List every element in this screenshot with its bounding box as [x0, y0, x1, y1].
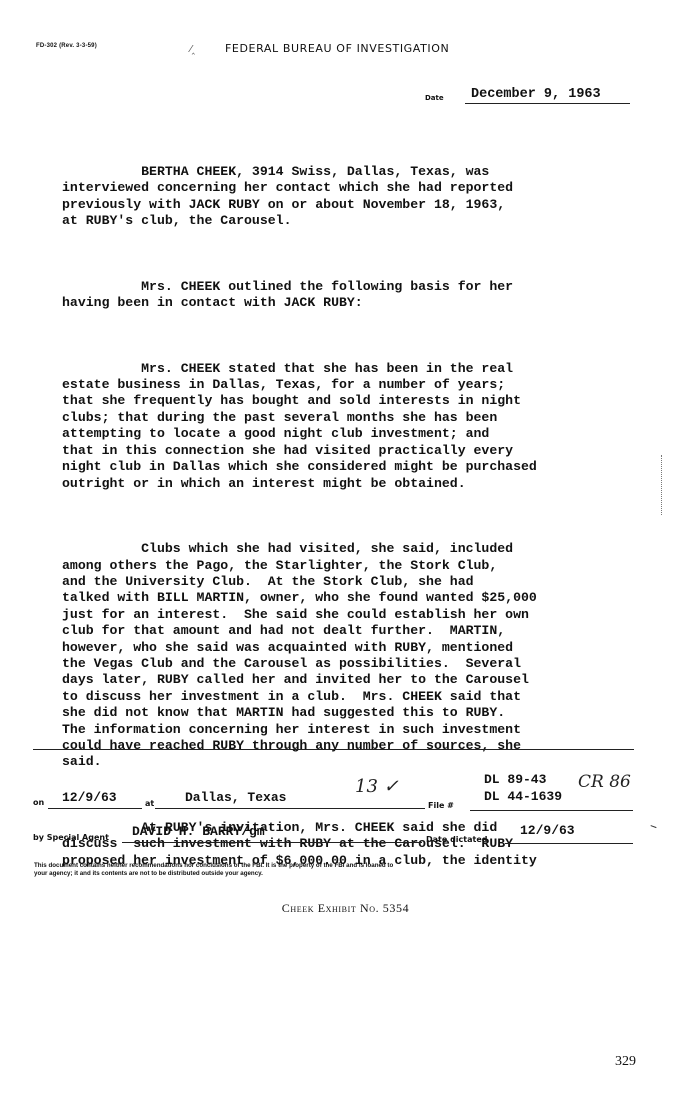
- dictated-value: 12/9/63: [520, 823, 575, 838]
- file-label: File #: [428, 801, 454, 810]
- on-label: on: [33, 798, 44, 807]
- dictated-label: Date dictated: [426, 835, 487, 844]
- dictated-underline: [505, 843, 633, 844]
- footer-divider: [33, 749, 634, 750]
- file-number-2: DL 44-1639: [484, 789, 562, 804]
- at-underline: [155, 808, 425, 809]
- agent-underline: [122, 842, 422, 843]
- on-value: 12/9/63: [62, 790, 117, 805]
- agent-label: by Special Agent: [33, 833, 109, 842]
- at-value: Dallas, Texas: [185, 790, 286, 805]
- page-number: 329: [615, 1054, 636, 1070]
- margin-marks: [661, 455, 664, 515]
- seal-mark-icon: ⁄‸: [190, 44, 195, 55]
- paragraph-basis: Mrs. CHEEK outlined the following basis …: [62, 279, 622, 312]
- paragraph-background: Mrs. CHEEK stated that she has been in t…: [62, 361, 622, 492]
- file-number-1: DL 89-43: [484, 772, 546, 787]
- paragraph-intro: BERTHA CHEEK, 3914 Swiss, Dallas, Texas,…: [62, 164, 622, 230]
- date-label: Date: [425, 94, 444, 102]
- at-label: at: [145, 799, 154, 808]
- form-code: FD-302 (Rev. 3-3-59): [36, 43, 97, 49]
- handwritten-note: 13 ✓: [355, 776, 399, 797]
- paragraph-clubs-visited: Clubs which she had visited, she said, i…: [62, 541, 622, 771]
- file-underline: [470, 810, 633, 811]
- margin-tick-mark: [649, 825, 656, 831]
- date-underline: [465, 103, 630, 104]
- agency-title: FEDERAL BUREAU OF INVESTIGATION: [225, 42, 449, 55]
- handwritten-file-note: CR 86: [578, 772, 631, 792]
- on-underline: [48, 808, 142, 809]
- date-value: December 9, 1963: [471, 87, 601, 102]
- exhibit-caption: Cheek Exhibit No. 5354: [0, 901, 691, 916]
- disclaimer: This document contains neither recommend…: [34, 862, 634, 878]
- date-field: Date December 9, 1963: [425, 86, 630, 104]
- agent-value: DAVID H. BARRY/gm: [132, 824, 265, 839]
